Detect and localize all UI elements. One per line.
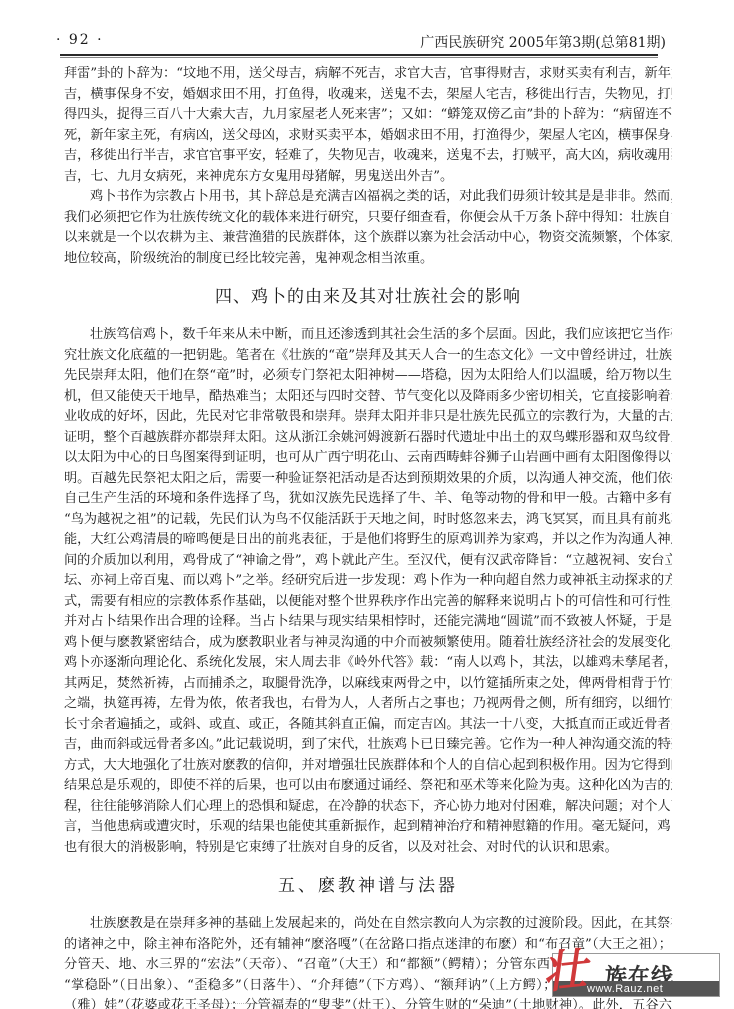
text-line: 明。百越先民祭祀太阳之后，需要一种验证祭祀活动是否达到预期效果的介质，以沟通人神…	[64, 469, 672, 490]
section-heading-4: 四、鸡卜的由来及其对壮族社会的影响	[64, 269, 672, 325]
text-line: 鸡卜亦逐渐向理论化、系统化发展，宋人周去非《岭外代答》载：“南人以鸡卜，其法，以…	[64, 653, 672, 674]
text-line: 壮族笃信鸡卜，数千年来从未中断，而且还渗透到其社会生活的多个层面。因此，我们应该…	[64, 325, 672, 346]
text-line: 自己生产生活的环境和条件选择了鸟，犹如汉族先民选择了牛、羊、龟等动物的骨和甲一般…	[64, 489, 672, 510]
text-line: 吉，曲而斜或远骨者多凶。”此记载说明，到了宋代，壮族鸡卜已日臻完善。它作为一种人…	[64, 735, 672, 756]
text-line: 能，大红公鸡清晨的啼鸣便是日出的前兆表征，于是他们将野生的原鸡训养为家鸡，并以之…	[64, 530, 672, 551]
text-line: 壮族麽教是在崇拜多神的基础上发展起来的，尚处在自然宗教向人为宗教的过渡阶段。因此…	[64, 914, 672, 935]
article-body: 拜雷”卦的卜辞为：“坟地不用，送父母吉，病解不死吉，求官大吉，官事得财吉，求财买…	[64, 64, 672, 1009]
text-line: 机，但又能使天干地旱，酷热难当；太阳还与四时交替、节气变化以及降雨多少密切相关，…	[64, 387, 672, 408]
text-line: 并对占卜结果作出合理的诠释。当占卜结果与现实结果相悖时，还能完满地“圆谎”而不致…	[64, 612, 672, 633]
text-line: 究壮族文化底蕴的一把钥匙。笔者在《壮族的“竜”崇拜及其天人合一的生态文化》一文中…	[64, 346, 672, 367]
watermark-logo: 族在线 www.Rauz.net 壮	[542, 945, 720, 995]
text-line: 拜雷”卦的卜辞为：“坟地不用，送父母吉，病解不死吉，求官大吉，官事得财吉，求财买…	[64, 64, 672, 85]
text-line: 之端，执筵再祷，左骨为侬，侬者我也，右骨为人，人者所占之事也；乃视两骨之侧，所有…	[64, 694, 672, 715]
text-line: 得四头，捉得三百八十大索大吉，九月家屋老人死来害”；又如：“蟒笼双傍乙亩”卦的卜…	[64, 105, 672, 126]
text-line: 吉，横事保身不安，婚姻求田不用，打鱼得，收魂来，送鬼不去，架屋人宅吉，移徙出行吉…	[64, 85, 672, 106]
text-line: 证明，整个百越族群亦都崇拜太阳。这从浙江余姚河姆渡新石器时代遗址中出土的双鸟蝶形…	[64, 428, 672, 449]
text-line: 吉，移徙出行半吉，求官官事平安，轻难了，失物见吉，收魂来，送鬼不去，打贼平，高大…	[64, 146, 672, 167]
text-line: 吉，七、九月女病死，来神虎东方女鬼用母猪解，男鬼送出外吉”。	[64, 167, 672, 188]
text-line: 长寸余者遍插之，或斜、或直、或正，各随其斜直正偏，而定吉凶。其法一十八变，大抵直…	[64, 715, 672, 736]
header-rule-thin	[60, 57, 658, 58]
page-header: · 92 · 广西民族研究 2005年第3期(总第81期)	[56, 30, 676, 52]
text-line: 言，当他患病或遭灾时，乐观的结果也能使其重新振作，起到精神治疗和精神慰籍的作用。…	[64, 817, 672, 838]
scan-artifact	[190, 1003, 280, 1006]
text-line: 结果总是乐观的，即使不祥的后果，也可以由布麽通过诵经、祭祀和巫术等来化险为夷。这…	[64, 776, 672, 797]
watermark-brush-glyph-icon: 壮	[539, 933, 589, 1001]
header-rule	[60, 54, 658, 56]
paragraph-chicken-book: 鸡卜书作为宗教占卜用书，其卜辞总是充满吉凶福祸之类的话，对此我们毋须计较其是是非…	[64, 187, 672, 269]
journal-title: 广西民族研究 2005年第3期(总第81期)	[420, 32, 666, 52]
text-line: 坛、亦祠上帝百鬼、而以鸡卜”之举。经研究后进一步发现：鸡卜作为一种向超自然力或神…	[64, 571, 672, 592]
text-line: 鸡卜便与麽教紧密结合，成为麽教职业者与神灵沟通的中介而被频繁使用。随着壮族经济社…	[64, 633, 672, 654]
text-line: 以来就是一个以农耕为主、兼营渔猎的民族群体，这个族群以寨为社会活动中心，物资交流…	[64, 228, 672, 249]
text-line: 业收成的好坏，因此，先民对它非常敬畏和崇拜。崇拜太阳并非只是壮族先民孤立的宗教行…	[64, 407, 672, 428]
text-line: 程，往往能够消除人们心理上的恐惧和疑虑，在冷静的状态下，齐心协力地对付困难，解决…	[64, 797, 672, 818]
page-number: · 92 ·	[56, 32, 104, 48]
text-line: 我们必须把它作为壮族传统文化的载体来进行研究，只要仔细查看，你便会从千万条卜辞中…	[64, 208, 672, 229]
text-line: 式，需要有相应的宗教体系作基础，以便能对整个世界秩序作出完善的解释来说明占卜的可…	[64, 592, 672, 613]
text-line: 其两足，焚然祈祷，占而捕杀之，取腿骨洗净，以麻线束两骨之中，以竹筵插所束之处，俾…	[64, 674, 672, 695]
text-line: 地位较高，阶级统治的制度已经比较完善，鬼神观念相当浓重。	[64, 249, 672, 270]
text-line: 方式，大大地强化了壮族对麽教的信仰，并对增强壮民族群体和个人的自信心起到积极作用…	[64, 756, 672, 777]
section-4-body: 壮族笃信鸡卜，数千年来从未中断，而且还渗透到其社会生活的多个层面。因此，我们应该…	[64, 325, 672, 858]
text-line: 死，新年家主死，有病凶，送父母凶，求财买卖平本，婚姻求田不用，打渔得少，架屋人宅…	[64, 126, 672, 147]
text-line: 间的介质加以利用，鸡骨成了“神谕之骨”，鸡卜就此产生。至汉代，便有汉武帝降旨：“…	[64, 551, 672, 572]
watermark-url: www.Rauz.net	[587, 983, 663, 995]
text-line: 先民崇拜太阳，他们在祭“竜”时，必须专门祭祀太阳神树——塔稳，因为太阳给人们以温…	[64, 366, 672, 387]
section-heading-5: 五、麽教神谱与法器	[64, 858, 672, 914]
text-line: “鸟为越祝之祖”的记载，先民们认为鸟不仅能活跃于天地之间，时时悠忽来去，鸿飞冥冥…	[64, 510, 672, 531]
text-line: 以太阳为中心的日鸟图案得到证明，也可从广西宁明花山、云南西畴蚌谷狮子山岩画中画有…	[64, 448, 672, 469]
text-line: 鸡卜书作为宗教占卜用书，其卜辞总是充满吉凶福祸之类的话，对此我们毋须计较其是是非…	[64, 187, 672, 208]
text-line: （雅）娃”（花婆或花王圣母）；分管福寿的“叟斐”（灶王）、分管生财的“朵迪”（土…	[64, 996, 672, 1009]
text-line: 也有很大的消极影响，特别是它束缚了壮族对自身的反省，以及对社会、对时代的认识和思…	[64, 838, 672, 859]
paragraph-divination-text: 拜雷”卦的卜辞为：“坟地不用，送父母吉，病解不死吉，求官大吉，官事得财吉，求财买…	[64, 64, 672, 187]
